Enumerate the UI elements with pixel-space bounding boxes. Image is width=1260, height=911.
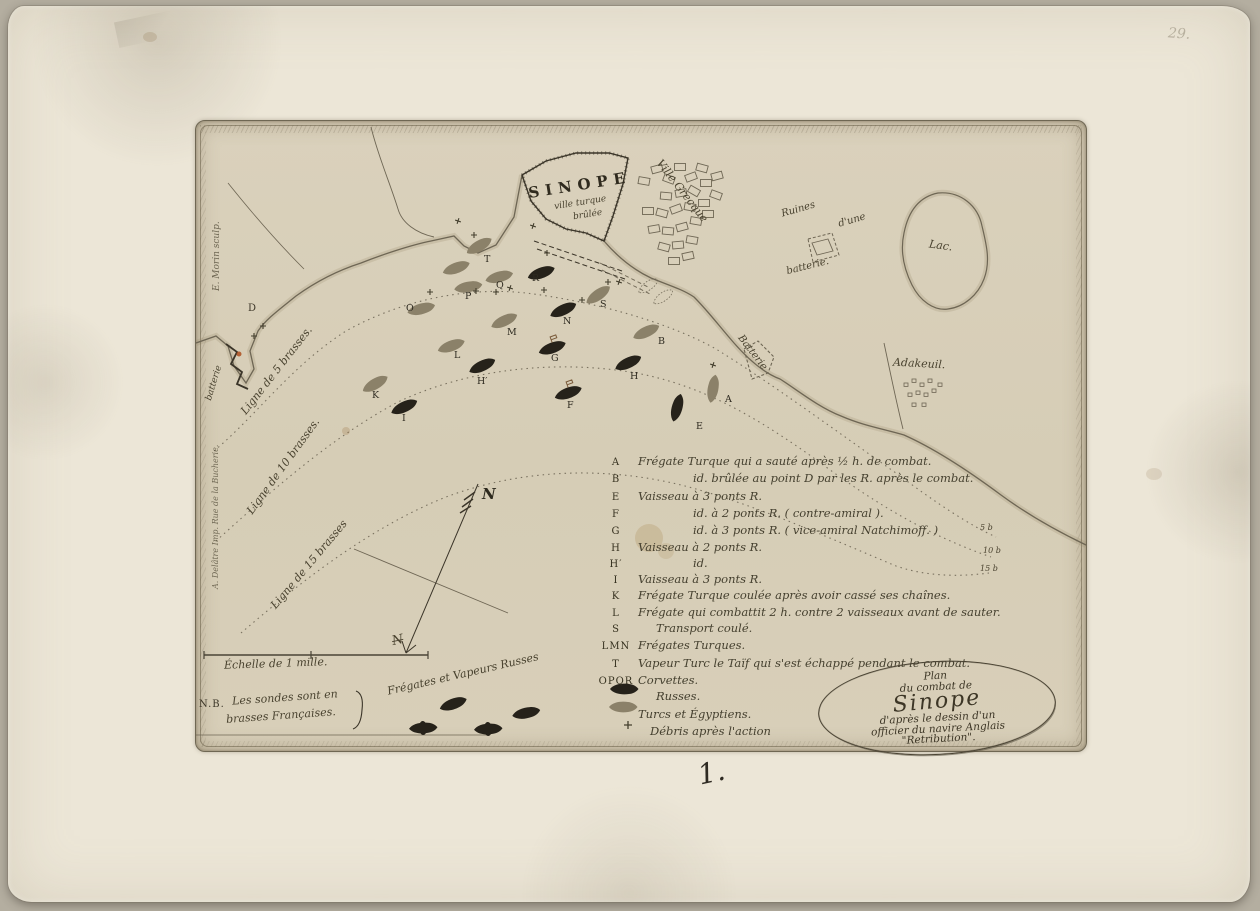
adakeuil-label: Adakeuil.	[893, 356, 946, 372]
legend-key: G	[594, 526, 638, 537]
legend-text: id.	[693, 556, 708, 570]
greek-town-house	[648, 225, 660, 234]
village-house	[932, 389, 936, 392]
legend-text: Frégate qui combattit 2 h. contre 2 vais…	[638, 605, 1001, 619]
ship-letter: K	[372, 390, 380, 401]
legend-row: OPQRCorvettes.	[594, 673, 698, 687]
greek-town-house	[672, 241, 684, 249]
ship-hull	[668, 393, 686, 423]
ship-letter: T	[484, 254, 491, 265]
ship-hull	[436, 336, 466, 356]
fleet-ship	[526, 263, 556, 283]
nb-label: N.B.	[199, 699, 225, 710]
legend-key: H′	[594, 559, 638, 570]
shore-shading	[196, 175, 522, 383]
fleet-ship	[583, 282, 612, 307]
sounding-mark-5b: 5 b	[980, 523, 993, 532]
debris-cross	[709, 361, 717, 369]
engraver-inscription: E. Morin sculp.	[212, 221, 222, 291]
photographed-print: { "sheet": { "plate_number": "1.", "penc…	[0, 0, 1260, 911]
legend-key: L	[594, 608, 638, 619]
legend-text: Vaisseau à 3 ponts R.	[638, 489, 762, 503]
greek-town-house	[660, 192, 672, 200]
stain	[342, 427, 350, 435]
ship-letter: E	[696, 421, 703, 432]
ship-hull	[441, 258, 471, 278]
legend-row: LMNFrégates Turques.	[594, 638, 745, 652]
village-house	[928, 379, 932, 382]
legend-row: HVaisseau à 2 ponts R.	[594, 540, 762, 554]
fleet-ship	[613, 352, 643, 374]
greek-town-house	[669, 258, 680, 265]
debris-cross	[544, 250, 550, 256]
legend-row: Débris après l'action	[594, 724, 771, 738]
ship-letter: R	[532, 273, 540, 284]
greek-town-house	[658, 242, 670, 252]
greek-town-house	[686, 236, 698, 245]
fleet-ship	[631, 321, 661, 343]
ship-hull	[511, 705, 541, 721]
debris-cross	[454, 217, 462, 225]
ship-letter: B	[658, 336, 665, 347]
legend-text: id. à 2 ponts R. ( contre-amiral ).	[693, 506, 884, 520]
greek-town-house	[682, 251, 694, 260]
debris-cross	[605, 279, 611, 285]
fleet-ship	[705, 374, 720, 404]
compass-north-label: N	[482, 485, 496, 503]
stain	[237, 352, 242, 357]
greek-town-house	[662, 227, 674, 235]
greek-town-house	[685, 172, 698, 182]
greek-town-house	[656, 208, 668, 218]
legend-text: Frégate Turque qui a sauté après ½ h. de…	[638, 454, 931, 468]
fleet-ship	[436, 336, 466, 356]
greek-town-house	[638, 177, 650, 186]
cartouche-line: "Retribution".	[901, 732, 975, 747]
legend-key: I	[594, 575, 638, 586]
debris-cross	[471, 232, 477, 238]
wreck-outline	[651, 287, 675, 307]
pencil-number: 29.	[1167, 25, 1190, 43]
russian-squadron-ship	[474, 721, 503, 736]
coastline	[196, 175, 522, 383]
ship-letter: O	[406, 303, 414, 314]
ship-hull	[467, 355, 497, 377]
legend-row: EVaisseau à 3 ponts R.	[594, 489, 762, 503]
paper-crease	[114, 10, 178, 48]
greek-town-house	[670, 204, 683, 214]
ship-hull	[705, 374, 720, 404]
legend-key: LMN	[594, 641, 638, 652]
foxing-spot	[1146, 468, 1162, 480]
legend-text: Frégates Turques.	[638, 638, 745, 652]
debris-cross	[529, 222, 537, 230]
legend-text: Russes.	[656, 689, 700, 703]
ship-letter: F	[567, 400, 574, 411]
legend-key: T	[594, 659, 638, 670]
village-house	[924, 393, 928, 396]
ship-letter: G	[551, 353, 559, 364]
village-house	[922, 403, 926, 406]
village-house	[916, 391, 920, 394]
greek-town-house	[696, 163, 708, 173]
legend-key: S	[594, 624, 638, 635]
legend-text: id. brûlée au point D par les R. après l…	[693, 471, 973, 485]
legend-key: B	[594, 474, 638, 485]
legend-row: Fid. à 2 ponts R. ( contre-amiral ).	[594, 506, 884, 520]
legend-text: Turcs et Égyptiens.	[638, 707, 751, 721]
legend-text: id. à 3 ponts R. ( vice-amiral Natchimof…	[693, 523, 938, 537]
legend-key: A	[594, 457, 638, 468]
greek-town-house	[675, 164, 686, 171]
legend-row: STransport coulé.	[594, 621, 752, 635]
legend-key: F	[594, 509, 638, 520]
legend-text: Débris après l'action	[650, 724, 771, 738]
ship-hull	[613, 352, 643, 374]
fleet-ship	[467, 355, 497, 377]
legend-row: LFrégate qui combattit 2 h. contre 2 vai…	[594, 605, 1001, 619]
village-house	[912, 379, 916, 382]
legend-row: H′id.	[594, 556, 708, 570]
village-house	[908, 393, 912, 396]
legend-row: Turcs et Égyptiens.	[594, 707, 751, 721]
greek-town-house	[711, 171, 723, 181]
legend-key: H	[594, 543, 638, 554]
greek-town-house	[643, 208, 654, 215]
compass-cross-line	[354, 549, 508, 613]
legend-key: E	[594, 492, 638, 503]
ship-letter: S	[600, 299, 607, 310]
legend-text: Frégate Turque coulée après avoir cassé …	[638, 588, 950, 602]
village-house	[904, 383, 908, 386]
nb-bracket	[353, 691, 362, 729]
fleet-ship	[668, 393, 686, 423]
ship-letter: M	[507, 327, 517, 338]
ship-letter: A	[724, 394, 732, 405]
legend-row: Russes.	[594, 689, 700, 703]
legend-row: KFrégate Turque coulée après avoir cassé…	[594, 588, 950, 602]
ship-letter: H′	[477, 376, 487, 387]
printer-inscription: A. Delâtre Imp. Rue de la Bucherie.	[211, 445, 220, 589]
legend-key: K	[594, 591, 638, 602]
ship-hull	[438, 694, 468, 714]
debris-cross	[579, 297, 585, 303]
debris-cross	[427, 289, 433, 295]
ship-hull	[526, 263, 556, 283]
sounding-mark-15b: 15 b	[980, 564, 998, 573]
legend-text: Vaisseau à 3 ponts R.	[638, 572, 762, 586]
legend-row: IVaisseau à 3 ponts R.	[594, 572, 762, 586]
legend-key: OPQR	[594, 676, 638, 687]
ship-letter: L	[454, 350, 461, 361]
greek-town-house	[701, 180, 712, 187]
ship-letter: P	[465, 291, 472, 302]
ship-letter: N	[563, 316, 571, 327]
legend-row: AFrégate Turque qui a sauté après ½ h. d…	[594, 454, 931, 468]
etching-plate: TQRPOSMNLGH′HKIFBAE SINOPE ville turque …	[195, 120, 1087, 752]
legend-row: Bid. brûlée au point D par les R. après …	[594, 471, 973, 485]
point-d-label: D	[248, 303, 256, 314]
ruined-battery-inner	[812, 239, 833, 255]
legend-text: Transport coulé.	[656, 621, 752, 635]
village-house	[912, 403, 916, 406]
greek-town-house	[710, 190, 723, 200]
ship-letter: H	[630, 371, 638, 382]
russian-squadron-ship	[438, 694, 468, 714]
debris-cross	[506, 284, 514, 292]
russian-squadron-ship	[511, 705, 541, 721]
legend-text: Corvettes.	[638, 673, 698, 687]
greek-town-house	[676, 222, 688, 232]
ship-letter: I	[402, 413, 406, 424]
ship-hull	[631, 321, 661, 343]
debris-cross	[541, 287, 547, 293]
foxing-spot	[143, 32, 157, 42]
village-house	[920, 383, 924, 386]
russian-squadron-ship	[409, 720, 438, 735]
river	[228, 183, 304, 269]
village-house	[938, 383, 942, 386]
legend-row: Gid. à 3 ponts R. ( vice-amiral Natchimo…	[594, 523, 938, 537]
fleet-ship	[441, 258, 471, 278]
ship-letter: Q	[496, 280, 504, 291]
river	[371, 127, 434, 237]
sounding-mark-10b: 10 b	[983, 546, 1001, 555]
ship-hull	[583, 282, 612, 307]
legend-text: Vaisseau à 2 ponts R.	[638, 540, 762, 554]
